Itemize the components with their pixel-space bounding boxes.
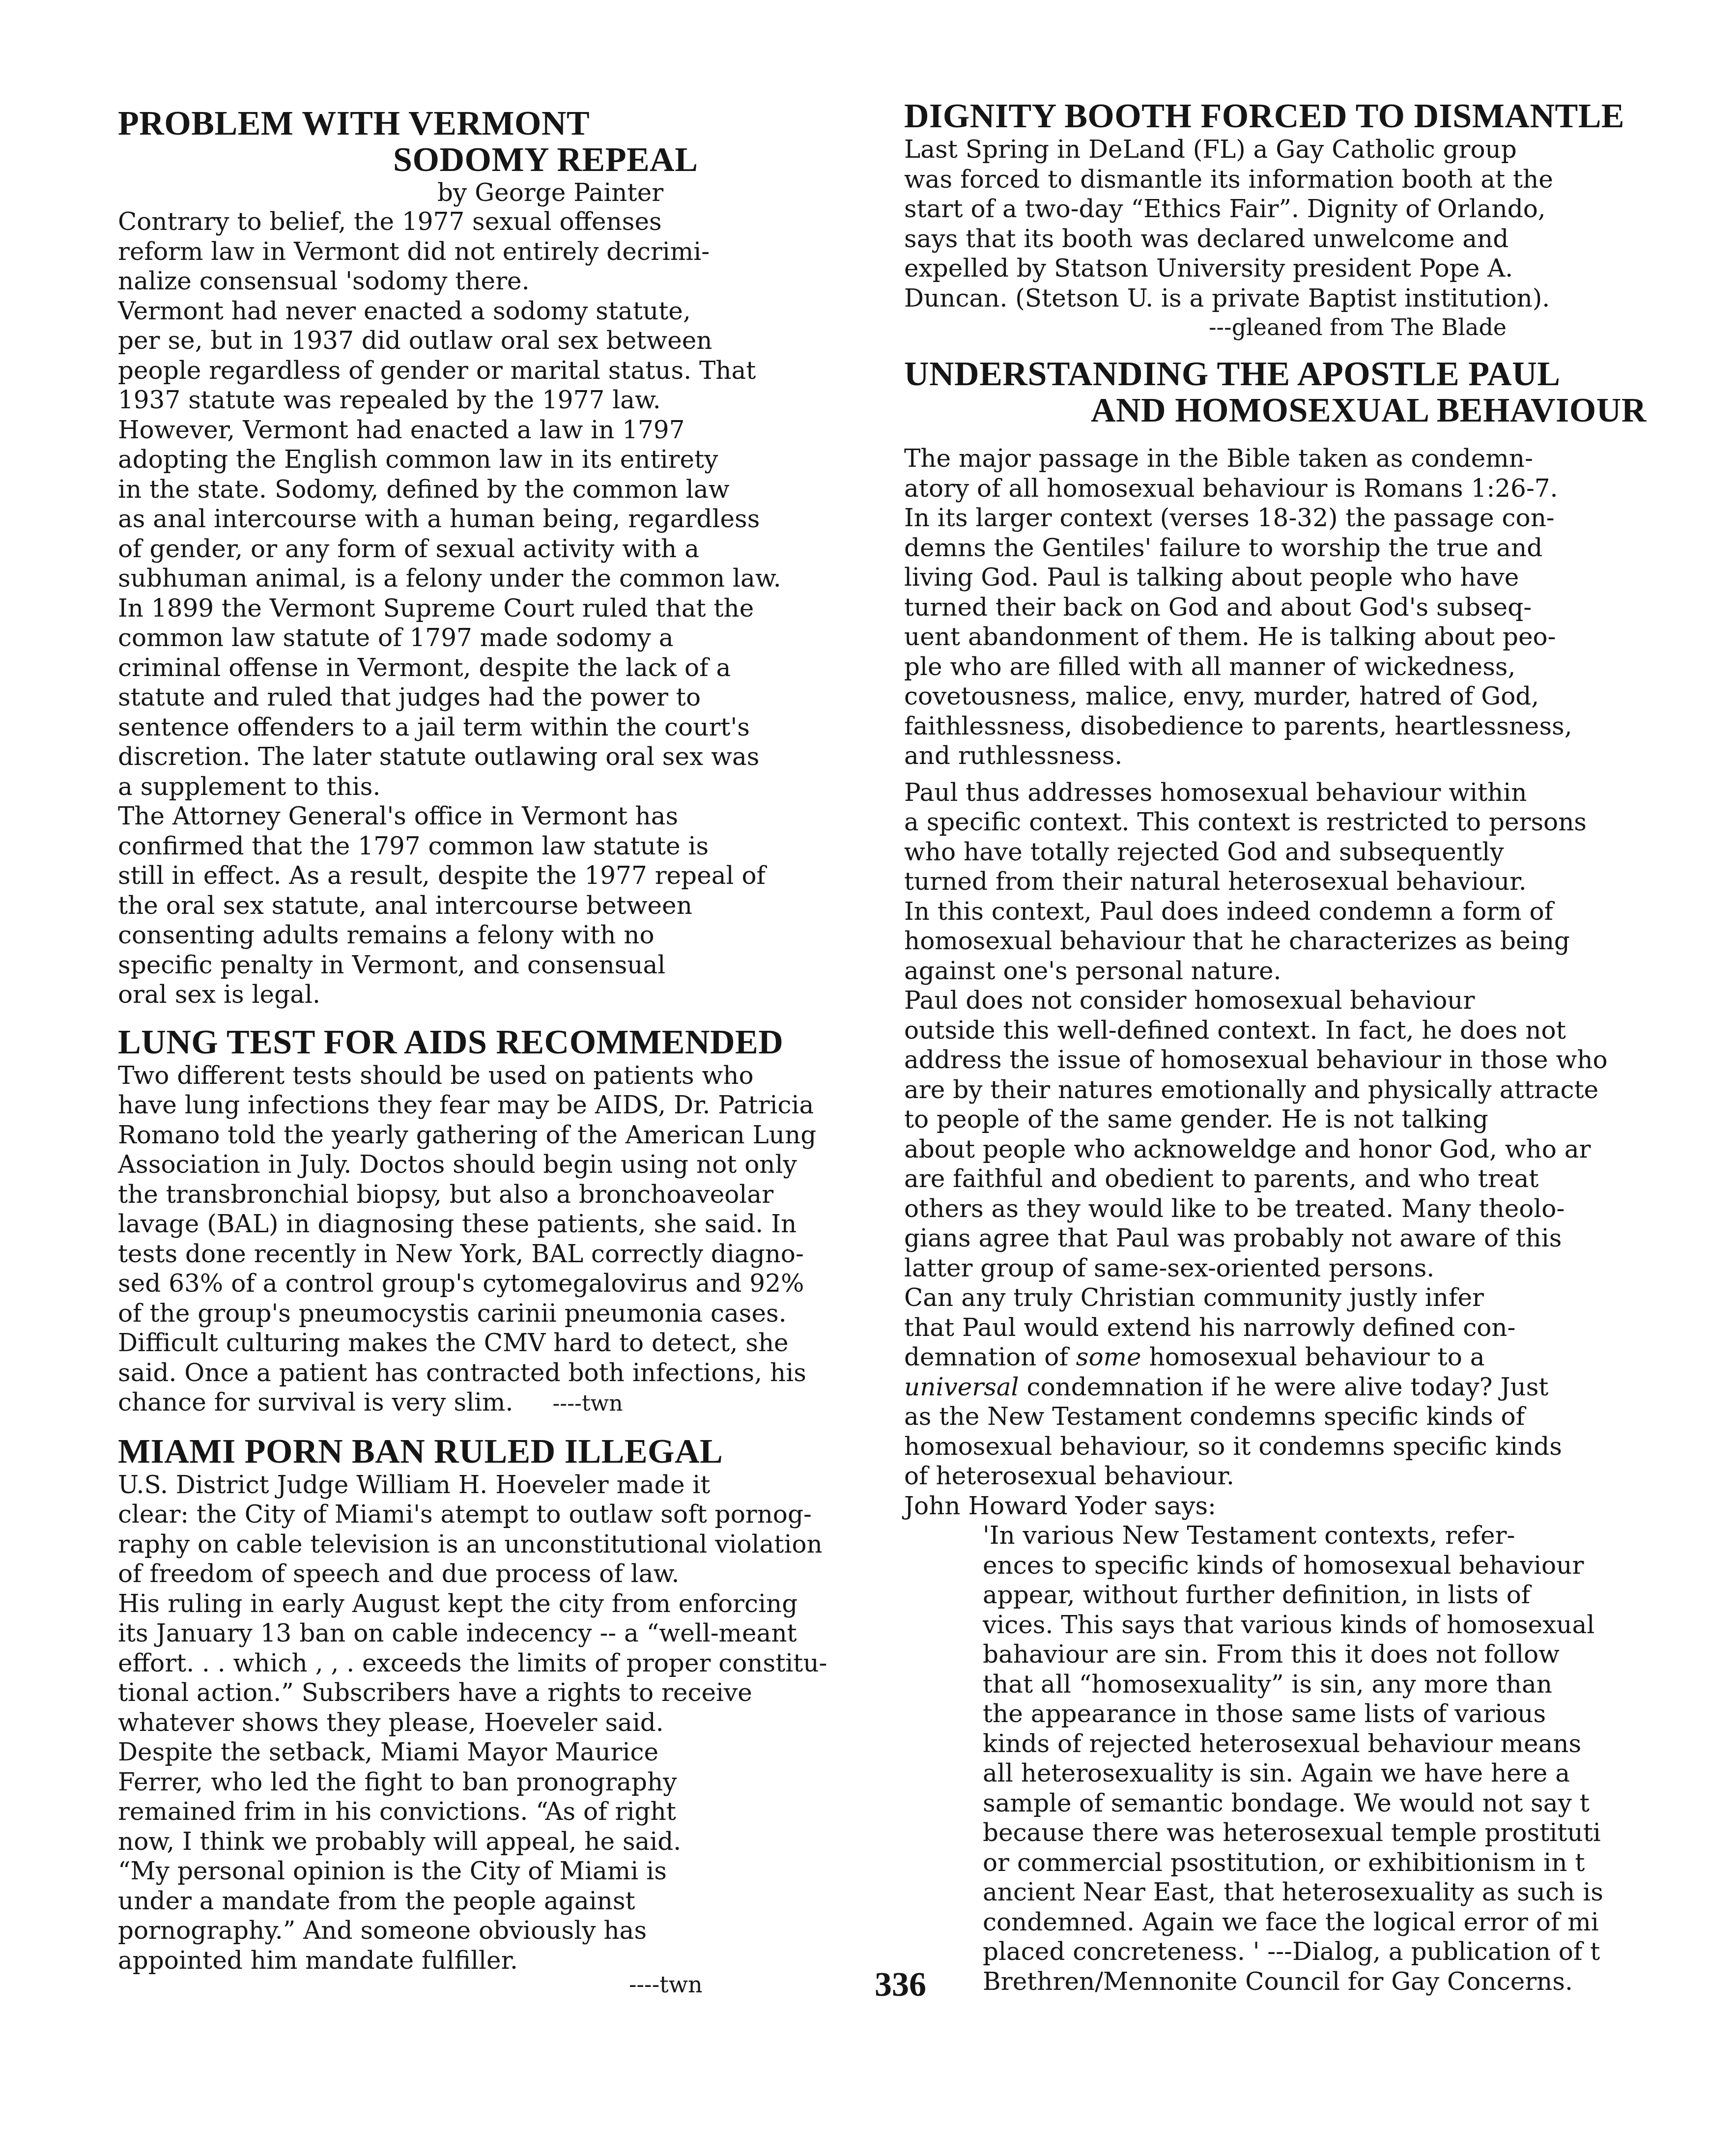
paragraph: Paul does not consider homosexual behavi… <box>904 986 1736 1283</box>
article-apostle-paul: UNDERSTANDING THE APOSTLE PAUL AND HOMOS… <box>904 356 1736 1996</box>
paragraph: U.S. District Judge William H. Hoeveler … <box>118 1470 904 1589</box>
byline: by George Painter <box>118 178 904 207</box>
left-column: PROBLEM WITH VERMONT SODOMY REPEAL by Ge… <box>118 106 904 1999</box>
headline-line-1: PROBLEM WITH VERMONT <box>118 106 904 142</box>
headline-line-1: UNDERSTANDING THE APOSTLE PAUL <box>904 356 1736 393</box>
source-credit: ----twn <box>513 1391 623 1416</box>
text: homosexual behaviour to a <box>1141 1343 1485 1371</box>
block-quote: 'In various New Testament contexts, refe… <box>904 1521 1736 1996</box>
paragraph: However, Vermont had enacted a law in 17… <box>118 415 904 802</box>
article-vermont-sodomy-repeal: PROBLEM WITH VERMONT SODOMY REPEAL by Ge… <box>118 106 904 1010</box>
paragraph: Vermont had never enacted a sodomy statu… <box>118 296 904 415</box>
article-lung-test: LUNG TEST FOR AIDS RECOMMENDED Two diffe… <box>118 1024 904 1419</box>
paragraph: The Attorney General's office in Vermont… <box>118 801 904 1010</box>
source-credit: ---gleaned from The Blade <box>904 313 1736 341</box>
emphasis: universal <box>904 1373 1019 1401</box>
headline: DIGNITY BOOTH FORCED TO DISMANTLE <box>904 98 1736 135</box>
article-miami-porn-ban: MIAMI PORN BAN RULED ILLEGAL U.S. Distri… <box>118 1434 904 1999</box>
paragraph: Last Spring in DeLand (FL) a Gay Catholi… <box>904 135 1736 313</box>
headline: MIAMI PORN BAN RULED ILLEGAL <box>118 1434 904 1470</box>
headline-line-2: SODOMY REPEAL <box>118 142 904 178</box>
right-column: DIGNITY BOOTH FORCED TO DISMANTLE Last S… <box>904 98 1736 1996</box>
headline-line-2: AND HOMOSEXUAL BEHAVIOUR <box>904 393 1736 429</box>
paragraph: The major passage in the Bible taken as … <box>904 444 1736 771</box>
body-text: Two different tests should be used on pa… <box>118 1061 816 1417</box>
paragraph: Contrary to belief, the 1977 sexual offe… <box>118 207 904 296</box>
paragraph: Two different tests should be used on pa… <box>118 1061 904 1419</box>
headline: LUNG TEST FOR AIDS RECOMMENDED <box>118 1024 904 1061</box>
paragraph: Can any truly Christian community justly… <box>904 1283 1736 1491</box>
paragraph: Paul thus addresses homosexual behaviour… <box>904 778 1736 986</box>
paragraph: His ruling in early August kept the city… <box>118 1589 904 1738</box>
yoder-intro: John Howard Yoder says: <box>904 1491 1736 1521</box>
emphasis: some <box>1076 1343 1141 1371</box>
page-number: 336 <box>875 1965 926 2005</box>
article-dignity-booth: DIGNITY BOOTH FORCED TO DISMANTLE Last S… <box>904 98 1736 341</box>
paragraph: Despite the setback, Miami Mayor Maurice… <box>118 1737 904 1975</box>
